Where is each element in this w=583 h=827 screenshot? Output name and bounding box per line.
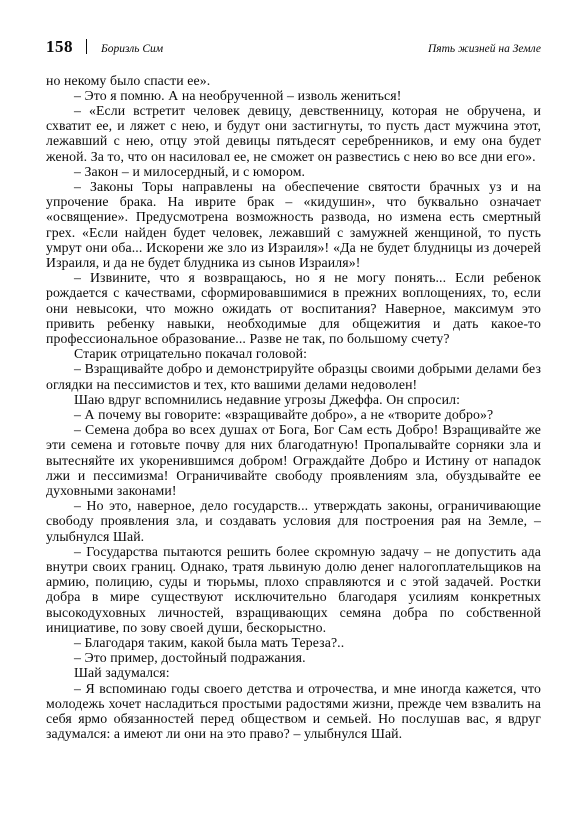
- paragraph: – Но это, наверное, дело государств... у…: [46, 498, 541, 544]
- paragraph: Шаю вдруг вспомнились недавние угрозы Дж…: [46, 392, 541, 407]
- running-header: 158 Боризль Сим Пять жизней на Земле: [46, 38, 541, 56]
- paragraph: – Благодаря таким, какой была мать Терез…: [46, 635, 541, 650]
- paragraph: – Я вспоминаю годы своего детства и отро…: [46, 681, 541, 742]
- page-number: 158: [46, 38, 73, 55]
- book-page: 158 Боризль Сим Пять жизней на Земле но …: [0, 0, 583, 827]
- paragraph: – Это я помню. А на необрученной – извол…: [46, 88, 541, 103]
- running-title: Пять жизней на Земле: [428, 44, 541, 56]
- paragraph: – Закон – и милосердный, и с юмором.: [46, 164, 541, 179]
- paragraph: – Взращивайте добро и демонстрируйте обр…: [46, 361, 541, 391]
- paragraph: – Извините, что я возвращаюсь, но я не м…: [46, 270, 541, 346]
- paragraph: Старик отрицательно покачал головой:: [46, 346, 541, 361]
- paragraph: но некому было спасти ее».: [46, 73, 541, 88]
- paragraph: – А почему вы говорите: «взращивайте доб…: [46, 407, 541, 422]
- running-author: Боризль Сим: [101, 44, 163, 56]
- paragraph: – Семена добра во всех душах от Бога, Бо…: [46, 422, 541, 498]
- paragraph: – Это пример, достойный подражания.: [46, 650, 541, 665]
- paragraph: – Государства пытаются решить более скро…: [46, 544, 541, 635]
- header-divider: [86, 39, 87, 54]
- paragraph: – «Если встретит человек девицу, девстве…: [46, 103, 541, 164]
- paragraph: – Законы Торы направлены на обеспечение …: [46, 179, 541, 270]
- page-body: но некому было спасти ее».– Это я помню.…: [46, 73, 541, 742]
- paragraph: Шай задумался:: [46, 665, 541, 680]
